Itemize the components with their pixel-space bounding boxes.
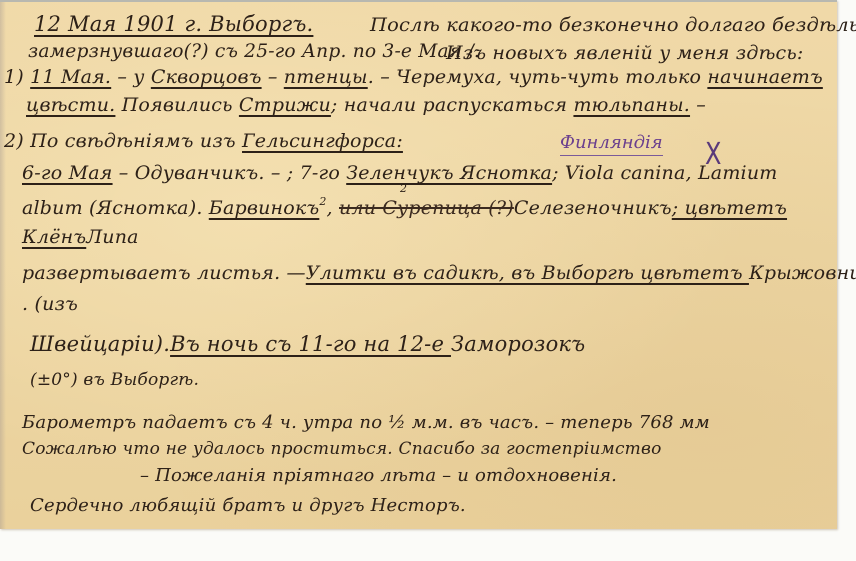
text-line: Сожалѣю что не удалось проститься. Спаси… [22, 439, 662, 459]
text-line: КлёнъЛипа [22, 226, 139, 248]
text-line: 6-го Мая – Одуванчикъ. – ; 7-го Зеленчук… [22, 162, 777, 184]
text-line: (±0°) въ Выборгѣ. [30, 370, 199, 390]
text-line-item-1: 1) 11 Мая. – у Скворцовъ – птенцы. – Чер… [4, 66, 823, 88]
list-number: 2) [4, 130, 24, 152]
interlinear-note: 2 [400, 182, 407, 195]
purple-annotation: Финляндія [560, 132, 663, 156]
text-line: развертываетъ листья. —Улитки въ садикѣ,… [22, 262, 856, 284]
text-line: album (Яснотка). Барвинокъ22, или Сурепи… [22, 195, 787, 219]
struck-out-word: или Сурепица (?) [339, 197, 514, 219]
text-line: Изъ новыхъ явленій у меня здѣсь: [446, 42, 804, 64]
closing-line: Сердечно любящій братъ и другъ Несторъ. [30, 495, 466, 516]
text-line: . (изъ [22, 293, 78, 315]
text-line: Швейцаріи).Въ ночь съ 11-го на 12-е Замо… [30, 332, 585, 356]
date-location: 12 Мая 1901 г. Выборгъ. [34, 12, 313, 36]
text-line-item-2: 2) По свѣдѣніямъ изъ Гельсингфорса: [4, 130, 403, 152]
postcard: 12 Мая 1901 г. Выборгъ. Послѣ какого-то … [0, 0, 837, 529]
signature-line: – Пожеланія пріятнаго лѣта – и отдохнове… [140, 465, 617, 486]
text-line: Барометръ падаетъ съ 4 ч. утра по ½ м.м.… [22, 412, 710, 433]
date-heading: 12 Мая 1901 г. Выборгъ. [34, 12, 313, 36]
text-line: замерзнувшаго(?) съ 25-го Апр. по 3-е Ма… [28, 40, 480, 62]
list-number: 1) [4, 66, 24, 88]
text-line: Послѣ какого-то безконечно долгаго бездѣ… [370, 14, 856, 36]
text-line: цвѣсти. Появились Стрижи; начали распуск… [26, 94, 706, 116]
